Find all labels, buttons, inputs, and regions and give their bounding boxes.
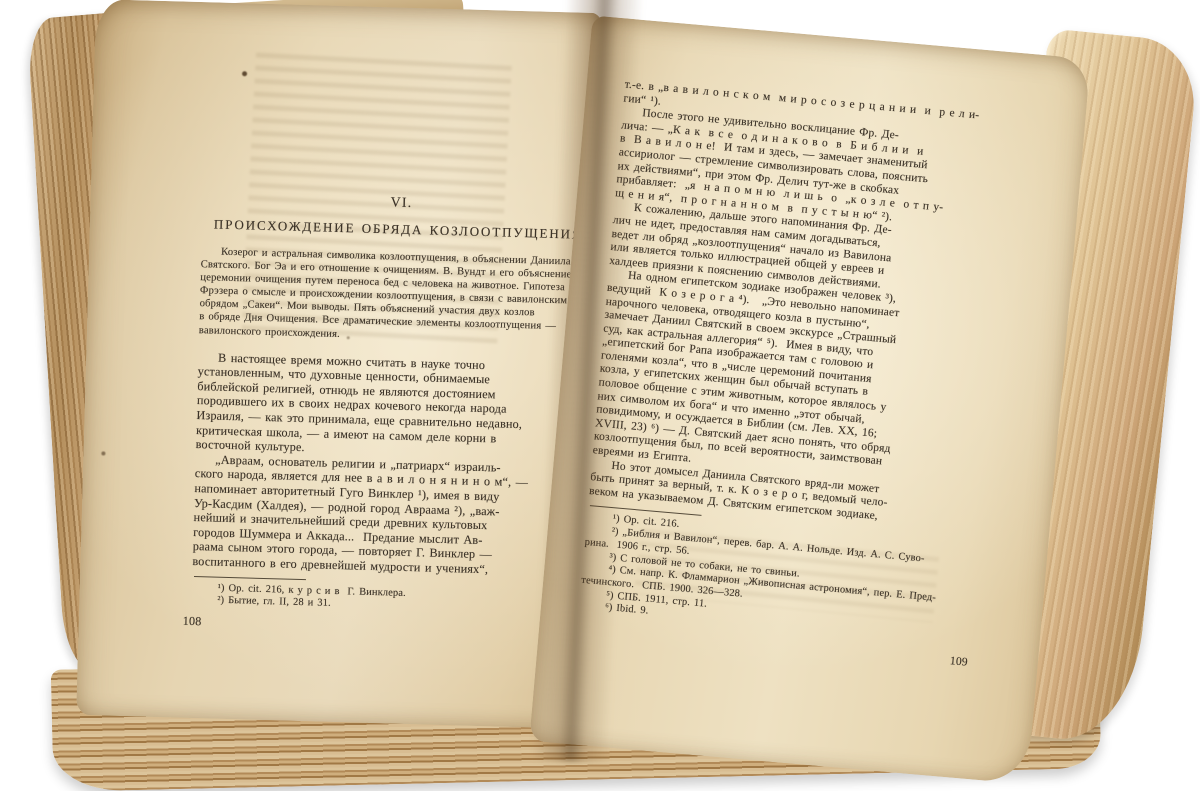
chapter-title: ПРОИСХОЖДЕНИЕ ОБРЯДА КОЗЛООТПУЩЕНИЯ.: [202, 216, 600, 243]
right-page-text-block: т.-е. в „в а в и л о н с к о м м и р о с…: [577, 79, 1046, 672]
page-number: 108: [183, 614, 202, 630]
foxing-spot: [101, 451, 105, 455]
footnotes: ¹) Op. cit. 216, к у р с и в Г. Винклера…: [191, 582, 590, 619]
body-paragraph-intro: В настоящее время можно считать в науке …: [195, 350, 596, 463]
left-page-text-block: VI. ПРОИСХОЖДЕНИЕ ОБРЯДА КОЗЛООТПУЩЕНИЯ.…: [191, 190, 600, 618]
footnote-separator: [194, 576, 306, 580]
left-page: VI. ПРОИСХОЖДЕНИЕ ОБРЯДА КОЗЛООТПУЩЕНИЯ.…: [76, 0, 602, 729]
foxing-spot: [242, 71, 247, 76]
chapter-number: VI.: [202, 190, 600, 217]
body-paragraph-abraham: „Авраам, основатель религии и „патриарх“…: [192, 452, 593, 580]
right-page: т.-е. в „в а в и л о н с к о м м и р о с…: [529, 15, 1091, 784]
body-paragraph-zodiac: На одном египетском зодиаке изображен че…: [592, 268, 1029, 494]
open-book-photo: VI. ПРОИСХОЖДЕНИЕ ОБРЯДА КОЗЛООТПУЩЕНИЯ.…: [0, 0, 1200, 791]
chapter-summary: Козерог и астральная символика козлоотпу…: [199, 245, 599, 348]
